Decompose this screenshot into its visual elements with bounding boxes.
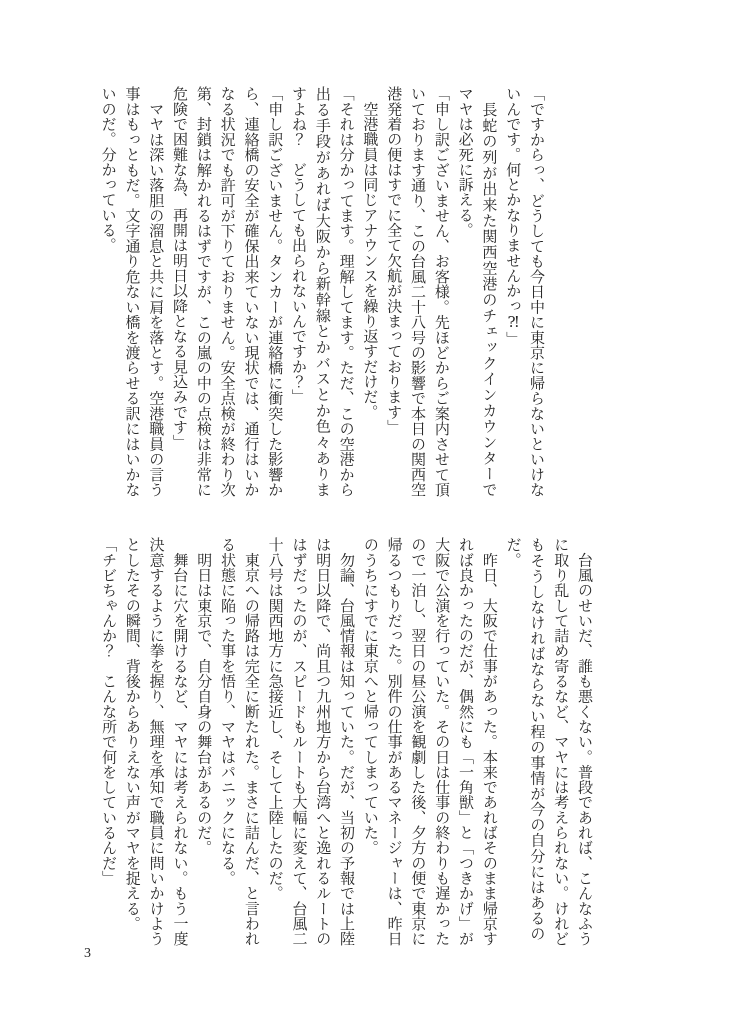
text-line: なる状況でも許可が下りておりません。安全点検が終わり次: [214, 86, 238, 497]
text-line: 港発着の便はすでに全て欠航が決まっております」: [380, 86, 404, 497]
text-line: 明日は東京で、自分自身の舞台があるのだ。: [190, 537, 214, 941]
text-line: 「申し訳ございません、お客様。先ほどからご案内させて頂: [428, 86, 452, 497]
text-line: 「ですからっ、どうしても今日中に東京に帰らないといけな: [523, 86, 547, 497]
text-line: 「申し訳ございません。タンカーが連絡橋に衝突した影響か: [261, 86, 285, 497]
text-line: 出る手段があれば大阪から新幹線とかバスとか色々ありま: [309, 86, 333, 497]
text-line: 台風のせいだ、誰も悪くない。普段であれば、こんなふう: [571, 537, 595, 941]
text-line: 事はもっともだ。文字通り危ない橋を渡らせる訳にはいかな: [119, 86, 143, 497]
text-line: マヤは必死に訴える。: [452, 86, 476, 497]
text-line: 昨日、大阪で仕事があった。本来であればそのまま帰京す: [476, 537, 500, 941]
text-line: 東京への帰路は完全に断たれた。まさに詰んだ、と言われ: [238, 537, 262, 941]
text-line: 十八号は関西地方に急接近し、そして上陸したのだ。: [262, 537, 286, 941]
text-line: いております通り、この台風二十八号の影響で本日の関西空: [404, 86, 428, 497]
text-line: マヤは深い落胆の溜息と共に肩を落とす。空港職員の言う: [142, 86, 166, 497]
bottom-text-block: 台風のせいだ、誰も悪くない。普段であれば、こんなふうに取り乱して詰め寄るなど、マ…: [95, 537, 595, 941]
text-line: 帰るつもりだった。別件の仕事があるマネージャーは、昨日: [381, 537, 405, 941]
text-line: すよね？ どうしても出られないんですか？」: [285, 86, 309, 497]
text-line: 舞台に穴を開けるなど、マヤには考えられない。もう一度: [167, 537, 191, 941]
text-line: 大阪で公演を行っていた。その日は仕事の終わりも遅かった: [428, 537, 452, 941]
book-page: 「ですからっ、どうしても今日中に東京に帰らないといけないんです。何とかなりません…: [0, 0, 730, 1024]
text-line: いのだ。分かっている。: [95, 86, 119, 497]
top-text-block: 「ですからっ、どうしても今日中に東京に帰らないといけないんです。何とかなりません…: [95, 86, 547, 497]
text-line: はずだったのが、スピードもルートも大幅に変えて、台風二: [286, 537, 310, 941]
text-line: だ。: [500, 537, 524, 941]
text-line: に取り乱して詰め寄るなど、マヤには考えられない。けれど: [547, 537, 571, 941]
text-line: 「それは分かってます。理解してます。ただ、この空港から: [333, 86, 357, 497]
text-line: 危険で困難な為、再開は明日以降となる見込みです」: [166, 86, 190, 497]
text-line: る状態に陥った事を悟り、マヤはパニックになる。: [214, 537, 238, 941]
text-line: としたその瞬間、背後からありえない声がマヤを捉える。: [119, 537, 143, 941]
text-line: いんです。何とかなりませんかっ⁈」: [499, 86, 523, 497]
text-line: 長蛇の列が出来た関西空港のチェックインカウンターで: [476, 86, 500, 497]
text-line: れば良かったのだが、偶然にも「一角獣」と「つきかげ」が: [452, 537, 476, 941]
text-line: は明日以降で、尚且つ九州地方から台湾へと逸れるルートの: [309, 537, 333, 941]
page-number: 3: [84, 946, 91, 962]
text-line: ので一泊し、翌日の昼公演を観劇した後、夕方の便で東京に: [405, 537, 429, 941]
text-line: 第、封鎖は解かれるはずですが、この嵐の中の点検は非常に: [190, 86, 214, 497]
text-line: ら、連絡橋の安全が確保出来ていない現状では、通行はいか: [238, 86, 262, 497]
text-line: 空港職員は同じアナウンスを繰り返すだけだ。: [357, 86, 381, 497]
text-line: 「チビちゃんか？ こんな所で何をしているんだ」: [95, 537, 119, 941]
text-line: のうちにすでに東京へと帰ってしまっていた。: [357, 537, 381, 941]
text-line: 勿論、台風情報は知っていた。だが、当初の予報では上陸: [333, 537, 357, 941]
text-line: もそうしなければならない程の事情が今の自分にはあるの: [524, 537, 548, 941]
text-line: 決意するように拳を握り、無理を承知で職員に問いかけよう: [143, 537, 167, 941]
